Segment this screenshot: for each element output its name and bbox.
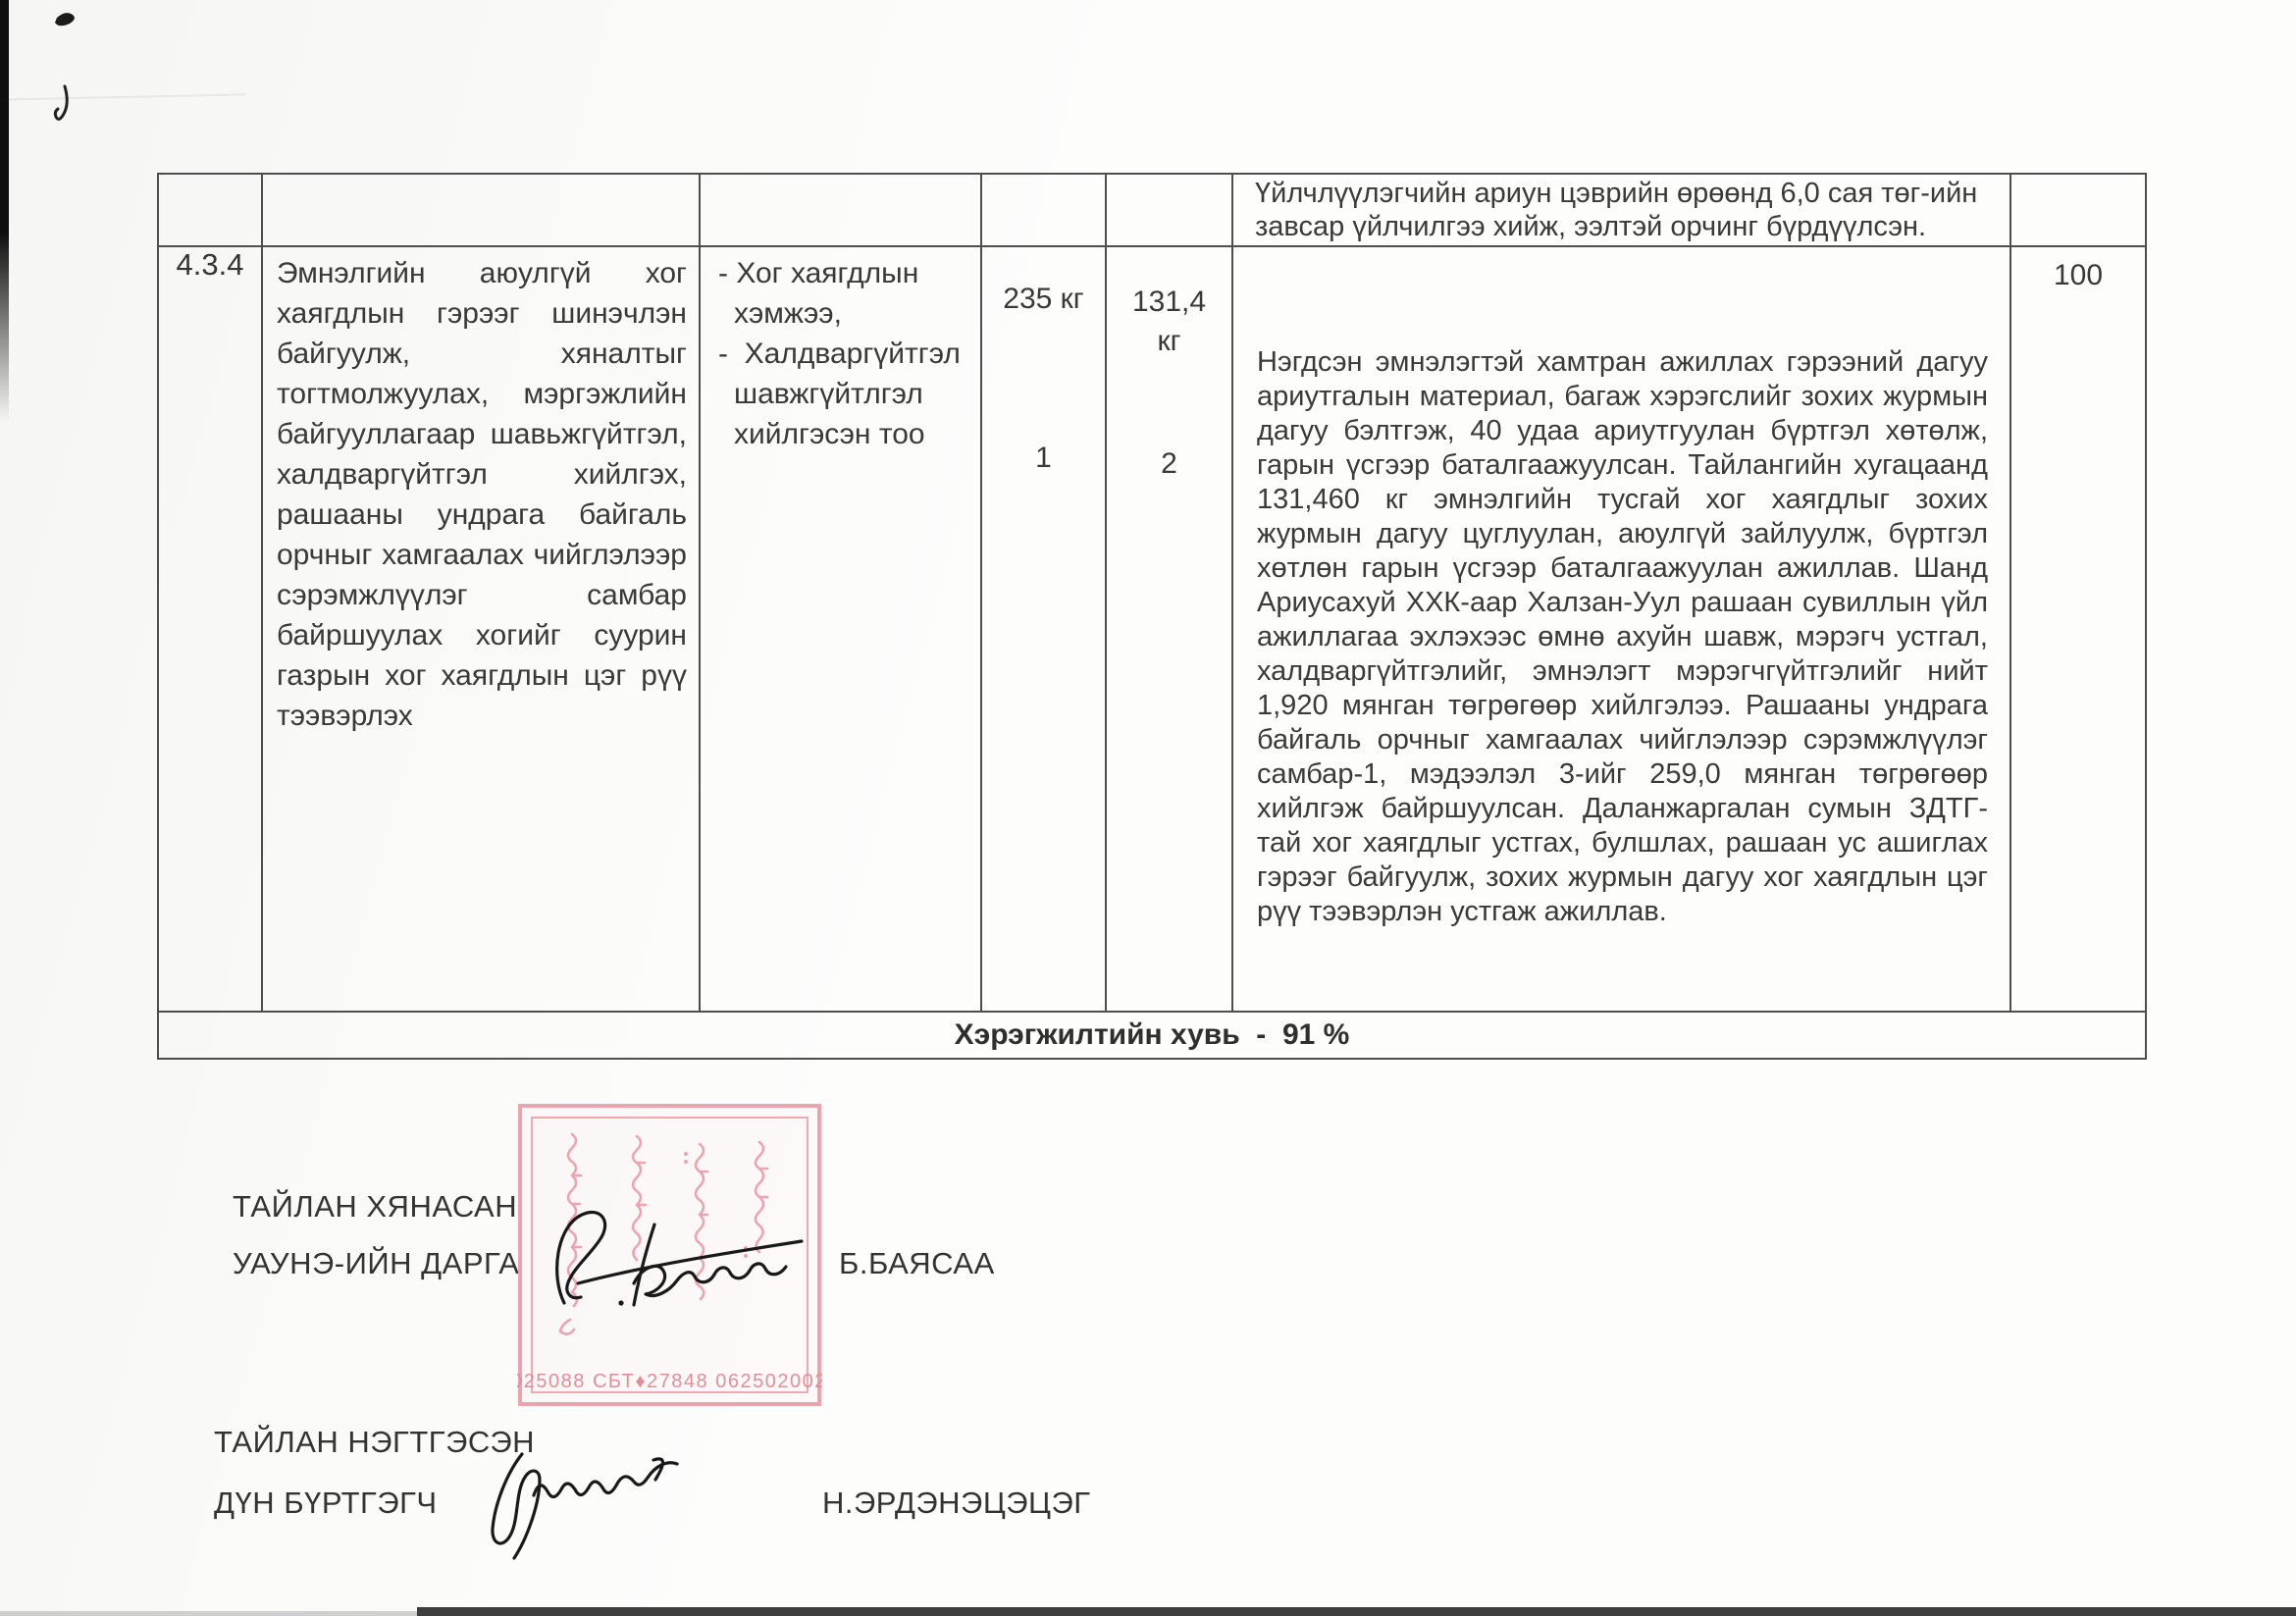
ink-blot-mark [55, 13, 75, 26]
indicator-list: - Хог хаягдлын хэмжээ, - Халдваргүйтгэл … [701, 247, 980, 460]
task-row-4-3-4: 4.3.4 Эмнэлгийн аюулгүй хог хаягдлын гэр… [158, 246, 2146, 1012]
ink-j-mark [55, 86, 67, 119]
score-value: 100 [2011, 259, 2145, 292]
stamp-script-dot [684, 1152, 688, 1156]
task-description-text: Эмнэлгийн аюулгүй хог хаягдлын гэрээг ши… [263, 247, 699, 742]
scan-edge-bottom-left [0, 1611, 432, 1616]
carryover-cell-actual [1106, 174, 1232, 246]
report-table: Үйлчлүүлэгчийн ариун цэврийн өрөөнд 6,0 … [157, 173, 2147, 1060]
stamp-serial: 9025088 СБТ♦27848 0625020027 [517, 1371, 822, 1392]
task-number-cell: 4.3.4 [158, 246, 262, 1012]
indicator-item-disinfection-count: - Халдваргүйтгэл шавжгүйтлгэл хийлгэсэн … [718, 334, 972, 454]
carryover-cell-number [158, 174, 262, 246]
reviewed-title: УАУНЭ-ИЙН ДАРГА [233, 1246, 519, 1281]
carryover-row: Үйлчлүүлэгчийн ариун цэврийн өрөөнд 6,0 … [158, 174, 2146, 246]
report-table-container: Үйлчлүүлэгчийн ариун цэврийн өрөөнд 6,0 … [157, 173, 2145, 1060]
indicator-item-waste-amount: - Хог хаягдлын хэмжээ, [718, 253, 972, 334]
compiled-title: ДҮН БҮРТГЭГЧ [214, 1486, 438, 1521]
carryover-result-text: Үйлчлүүлэгчийн ариун цэврийн өрөөнд 6,0 … [1233, 175, 2009, 245]
actual-count-value: 2 [1107, 447, 1231, 481]
summary-row: Хэрэгжилтийн хувь - 91 % [158, 1012, 2146, 1059]
compiled-signature [469, 1433, 695, 1570]
result-cell: Нэгдсэн эмнэлэгтэй хамтран ажиллах гэрээ… [1232, 246, 2010, 1012]
plan-count-value: 1 [982, 442, 1105, 475]
plan-weight-value: 235 кг [982, 283, 1105, 316]
actual-weight-value: 131,4 кг [1124, 283, 1215, 361]
scan-edge-bottom [417, 1607, 2296, 1616]
reviewed-signature [535, 1189, 809, 1336]
actual-cell: 131,4 кг 2 [1106, 246, 1232, 1012]
carryover-cell-indicator [700, 174, 981, 246]
carryover-cell-plan [981, 174, 1106, 246]
task-number: 4.3.4 [159, 247, 261, 283]
summary-cell: Хэрэгжилтийн хувь - 91 % [158, 1012, 2146, 1059]
compiled-name: Н.ЭРДЭНЭЦЭЦЭГ [822, 1486, 1091, 1521]
score-cell: 100 [2010, 246, 2146, 1012]
plan-cell: 235 кг 1 [981, 246, 1106, 1012]
scanned-report-page: Үйлчлүүлэгчийн ариун цэврийн өрөөнд 6,0 … [0, 0, 2296, 1616]
carryover-cell-task [262, 174, 700, 246]
carryover-cell-result: Үйлчлүүлэгчийн ариун цэврийн өрөөнд 6,0 … [1232, 174, 2010, 246]
indicator-cell: - Хог хаягдлын хэмжээ, - Халдваргүйтгэл … [700, 246, 981, 1012]
result-paragraph: Нэгдсэн эмнэлэгтэй хамтран ажиллах гэрээ… [1233, 247, 2009, 947]
reviewed-name: Б.БАЯСАА [839, 1246, 995, 1281]
stamp-script-dot [684, 1160, 688, 1164]
reviewed-heading: ТАЙЛАН ХЯНАСАН [233, 1189, 517, 1225]
carryover-cell-score [2010, 174, 2146, 246]
signature-dot [618, 1300, 623, 1305]
task-description-cell: Эмнэлгийн аюулгүй хог хаягдлын гэрээг ши… [262, 246, 700, 1012]
implementation-percent-text: Хэрэгжилтийн хувь - 91 % [159, 1013, 2145, 1058]
scan-ink-marks [0, 0, 118, 137]
